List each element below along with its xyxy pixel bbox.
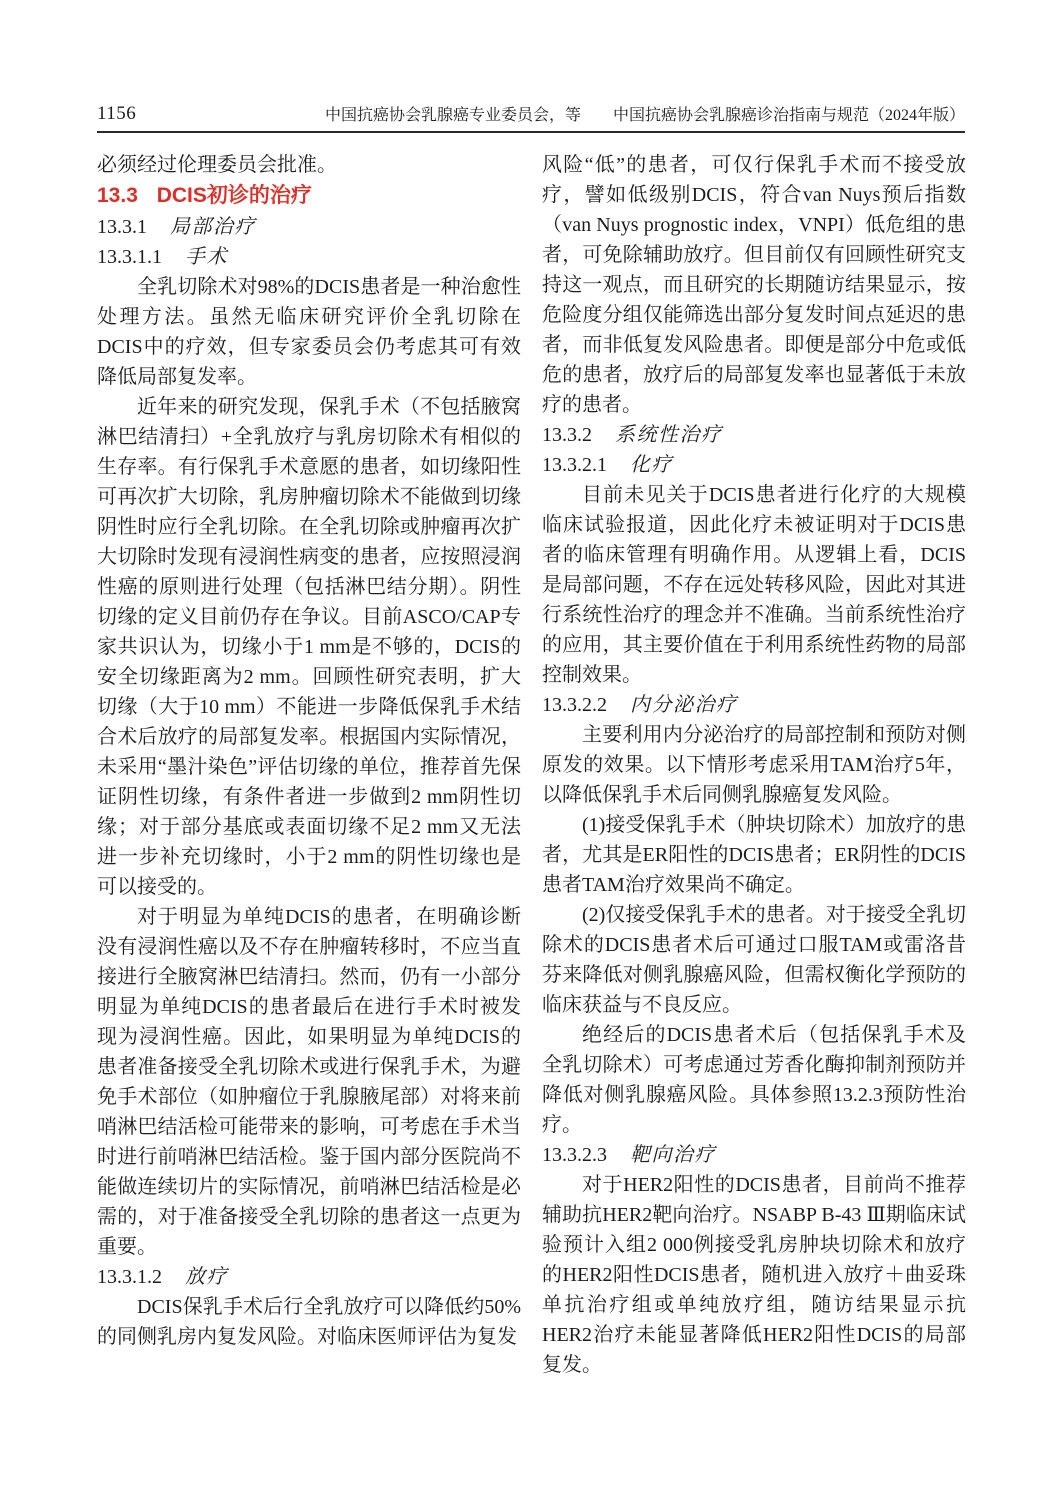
- heading-label: 放疗: [185, 1266, 228, 1288]
- page-number: 1156: [97, 103, 136, 125]
- left-column: 必须经过伦理委员会批准。 13.3 DCIS初诊的治疗 13.3.1 局部治疗 …: [97, 150, 521, 1352]
- paragraph: 全乳切除术对98%的DCIS患者是一种治愈性处理方法。虽然无临床研究评价全乳切除…: [97, 272, 521, 392]
- paragraph-list-item-2: (2)仅接受保乳手术的患者。对于接受全乳切除术的DCIS患者术后可通过口服TAM…: [542, 900, 966, 1020]
- heading-label: 系统性治疗: [615, 424, 723, 446]
- heading-number: 13.3.1.2: [97, 1266, 162, 1288]
- section-heading-13-3: 13.3 DCIS初诊的治疗: [97, 180, 521, 212]
- heading-number: 13.3.2.1: [542, 454, 607, 476]
- paragraph: DCIS保乳手术后行全乳放疗可以降低约50%的同侧乳房内复发风险。对临床医师评估…: [97, 1292, 521, 1352]
- running-title: 中国抗癌协会乳腺癌专业委员会，等 中国抗癌协会乳腺癌诊治指南与规范（2024年版…: [325, 102, 965, 125]
- heading-label: 局部治疗: [170, 216, 256, 238]
- heading-label: 化疗: [630, 454, 673, 476]
- paragraph-continuation: 风险“低”的患者，可仅行保乳手术而不接受放疗，譬如低级别DCIS，符合van N…: [542, 150, 966, 420]
- heading-label: 内分泌治疗: [630, 694, 738, 716]
- heading-number: 13.3.1: [97, 216, 147, 238]
- right-column: 风险“低”的患者，可仅行保乳手术而不接受放疗，譬如低级别DCIS，符合van N…: [542, 150, 966, 1380]
- heading-number: 13.3.1.1: [97, 246, 162, 268]
- heading-number: 13.3.2.3: [542, 1144, 607, 1166]
- paragraph: 目前未见关于DCIS患者进行化疗的大规模临床试验报道，因此化疗未被证明对于DCI…: [542, 480, 966, 690]
- paragraph-continuation: 必须经过伦理委员会批准。: [97, 150, 521, 180]
- heading-label: 靶向治疗: [630, 1144, 716, 1166]
- heading-number: 13.3.2.2: [542, 694, 607, 716]
- paragraph: 对于HER2阳性的DCIS患者，目前尚不推荐辅助抗HER2靶向治疗。NSABP …: [542, 1170, 966, 1380]
- paragraph: 绝经后的DCIS患者术后（包括保乳手术及全乳切除术）可考虑通过芳香化酶抑制剂预防…: [542, 1020, 966, 1140]
- sub-heading-13-3-1-2: 13.3.1.2 放疗: [97, 1262, 521, 1292]
- heading-number: 13.3.2: [542, 424, 592, 446]
- sub-heading-13-3-2-3: 13.3.2.3 靶向治疗: [542, 1140, 966, 1170]
- sub-heading-13-3-2: 13.3.2 系统性治疗: [542, 420, 966, 450]
- sub-heading-13-3-2-2: 13.3.2.2 内分泌治疗: [542, 690, 966, 720]
- sub-heading-13-3-1: 13.3.1 局部治疗: [97, 212, 521, 242]
- sub-heading-13-3-1-1: 13.3.1.1 手术: [97, 242, 521, 272]
- sub-heading-13-3-2-1: 13.3.2.1 化疗: [542, 450, 966, 480]
- paragraph-list-item-1: (1)接受保乳手术（肿块切除术）加放疗的患者，尤其是ER阳性的DCIS患者；ER…: [542, 810, 966, 900]
- paragraph: 主要利用内分泌治疗的局部控制和预防对侧原发的效果。以下情形考虑采用TAM治疗5年…: [542, 720, 966, 810]
- page-header: 1156 中国抗癌协会乳腺癌专业委员会，等 中国抗癌协会乳腺癌诊治指南与规范（2…: [97, 102, 965, 133]
- paragraph: 近年来的研究发现，保乳手术（不包括腋窝淋巴结清扫）+全乳放疗与乳房切除术有相似的…: [97, 392, 521, 902]
- heading-label: 手术: [185, 246, 228, 268]
- heading-label: DCIS初诊的治疗: [157, 184, 312, 207]
- heading-number: 13.3: [97, 184, 138, 207]
- paragraph: 对于明显为单纯DCIS的患者，在明确诊断没有浸润性癌以及不存在肿瘤转移时，不应当…: [97, 902, 521, 1262]
